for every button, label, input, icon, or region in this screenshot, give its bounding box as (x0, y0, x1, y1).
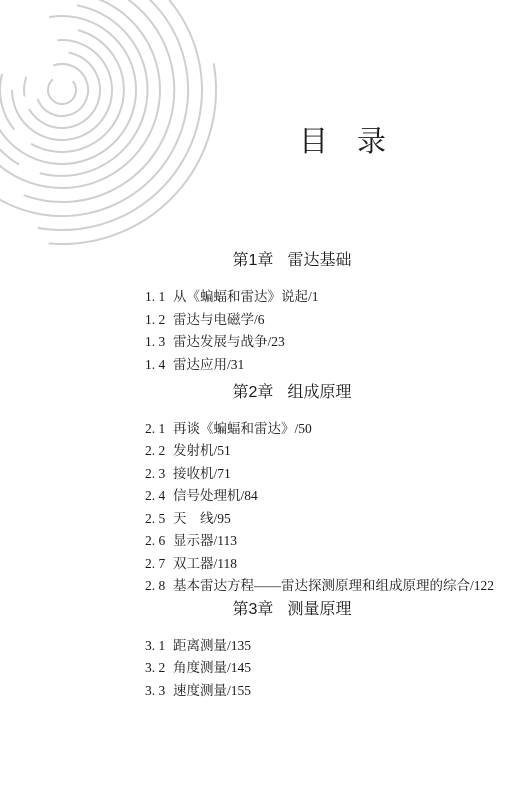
toc-item: 2. 6 显示器/113 (92, 534, 492, 548)
toc-item-text: 双工器/118 (173, 557, 492, 571)
toc-item-text: 发射机/51 (173, 444, 492, 458)
toc-item: 2. 1 再谈《蝙蝠和雷达》/50 (92, 422, 492, 436)
toc-item: 1. 2 雷达与电磁学/6 (92, 313, 492, 327)
toc-item: 2. 7 双工器/118 (92, 557, 492, 571)
toc-item-number: 2. 4 (145, 489, 173, 503)
toc-item-number: 1. 1 (145, 290, 173, 304)
toc-item-number: 1. 3 (145, 335, 173, 349)
chapter-title: 组成原理 (287, 385, 351, 401)
toc-item-number: 3. 2 (145, 661, 173, 675)
chapter-number: 第2章 (233, 385, 274, 401)
toc-item-number: 2. 1 (145, 422, 173, 436)
toc-item: 3. 3 速度测量/155 (92, 684, 492, 698)
toc-item: 2. 2 发射机/51 (92, 444, 492, 458)
toc-item: 1. 3 雷达发展与战争/23 (92, 335, 492, 349)
chapter-title: 测量原理 (287, 602, 351, 618)
toc-item: 3. 2 角度测量/145 (92, 661, 492, 675)
toc-item-number: 3. 1 (145, 639, 173, 653)
toc-item-number: 2. 7 (145, 557, 173, 571)
toc-page: { "page": { "title": "目 录", "background_… (0, 0, 510, 800)
toc-item-text: 信号处理机/84 (173, 489, 492, 503)
toc-item-text: 雷达发展与战争/23 (173, 335, 492, 349)
toc-item: 2. 4 信号处理机/84 (92, 489, 492, 503)
toc-item-text: 天 线/95 (173, 512, 492, 526)
toc-item-text: 角度测量/145 (173, 661, 492, 675)
chapter-3-heading: 第3章 测量原理 (92, 602, 492, 618)
toc-item-number: 1. 2 (145, 313, 173, 327)
toc-item-text: 速度测量/155 (173, 684, 492, 698)
chapter-number: 第3章 (233, 602, 274, 618)
toc-item: 1. 1 从《蝙蝠和雷达》说起/1 (92, 290, 492, 304)
toc-item: 2. 8 基本雷达方程——雷达探测原理和组成原理的综合/122 (92, 579, 492, 593)
toc-item: 3. 1 距离测量/135 (92, 639, 492, 653)
toc-item-text: 基本雷达方程——雷达探测原理和组成原理的综合/122 (173, 579, 494, 593)
toc-content: 第1章 雷达基础 1. 1 从《蝙蝠和雷达》说起/1 1. 2 雷达与电磁学/6… (92, 253, 492, 706)
toc-item-number: 2. 2 (145, 444, 173, 458)
chapter-1-heading: 第1章 雷达基础 (92, 253, 492, 269)
page-title: 目 录 (299, 127, 386, 157)
toc-item-number: 2. 3 (145, 467, 173, 481)
toc-item-number: 1. 4 (145, 358, 173, 372)
chapter-2-heading: 第2章 组成原理 (92, 385, 492, 401)
toc-item-text: 再谈《蝙蝠和雷达》/50 (173, 422, 492, 436)
toc-item-text: 显示器/113 (173, 534, 492, 548)
chapter-number: 第1章 (233, 253, 274, 269)
radar-waves-icon (0, 0, 235, 245)
toc-item: 2. 5 天 线/95 (92, 512, 492, 526)
toc-item-number: 3. 3 (145, 684, 173, 698)
toc-item: 1. 4 雷达应用/31 (92, 358, 492, 372)
toc-item-number: 2. 8 (145, 579, 173, 593)
toc-item-number: 2. 5 (145, 512, 173, 526)
toc-item-text: 距离测量/135 (173, 639, 492, 653)
toc-item-text: 雷达与电磁学/6 (173, 313, 492, 327)
toc-item: 2. 3 接收机/71 (92, 467, 492, 481)
toc-item-text: 接收机/71 (173, 467, 492, 481)
chapter-title: 雷达基础 (287, 253, 351, 269)
toc-item-text: 从《蝙蝠和雷达》说起/1 (173, 290, 492, 304)
toc-item-text: 雷达应用/31 (173, 358, 492, 372)
toc-item-number: 2. 6 (145, 534, 173, 548)
